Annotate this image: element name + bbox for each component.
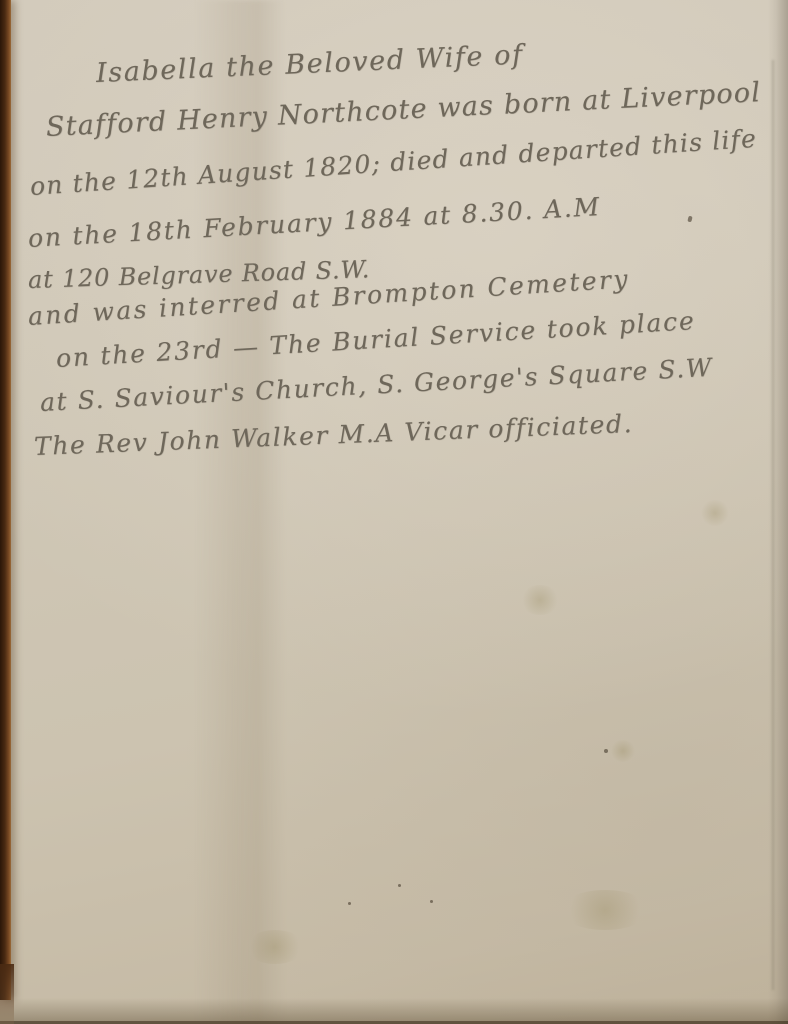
manuscript-line-1: Isabella the Beloved Wife of bbox=[95, 39, 524, 89]
manuscript-page-photo: Isabella the Beloved Wife of Stafford He… bbox=[0, 0, 788, 1024]
foxing-stain bbox=[610, 740, 636, 762]
ink-speck bbox=[687, 216, 692, 223]
book-binding-fade bbox=[0, 964, 14, 1024]
ink-speck bbox=[604, 749, 608, 753]
book-binding-strip bbox=[0, 0, 11, 1000]
foxing-stain bbox=[520, 585, 560, 615]
page-fold-shadow bbox=[195, 0, 285, 1024]
page-edge-shade bbox=[768, 0, 788, 1024]
ink-speck bbox=[430, 900, 433, 903]
manuscript-line-4: on the 18th February 1884 at 8.30. A.M bbox=[27, 192, 601, 253]
manuscript-line-9: The Rev John Walker M.A Vicar officiated… bbox=[33, 409, 633, 461]
foxing-stain bbox=[245, 930, 305, 964]
foxing-stain bbox=[560, 890, 650, 930]
ink-speck bbox=[398, 884, 401, 887]
ink-speck bbox=[348, 902, 351, 905]
foxing-stain bbox=[700, 500, 730, 526]
